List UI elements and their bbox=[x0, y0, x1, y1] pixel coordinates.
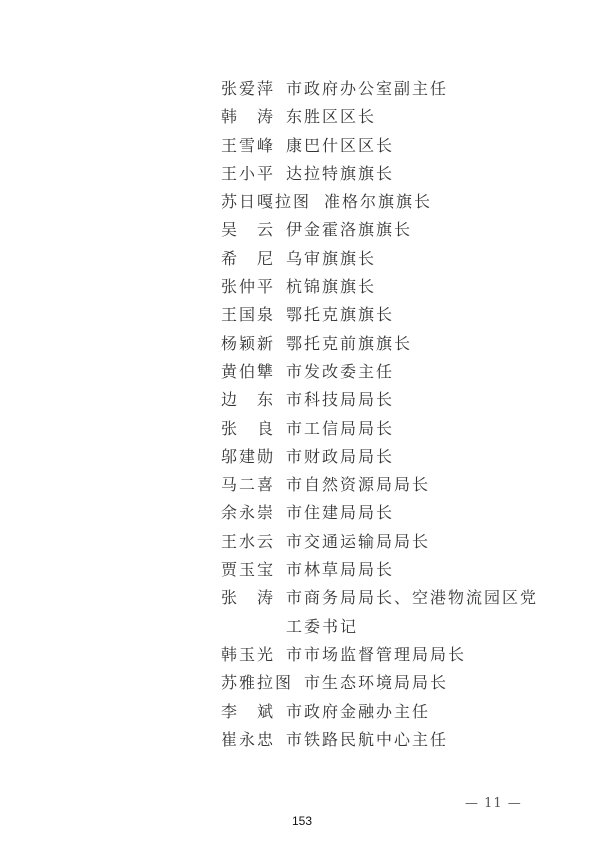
person-name: 王小平 bbox=[221, 163, 275, 185]
person-name: 边 东 bbox=[221, 389, 275, 411]
person-title: 伊金霍洛旗旗长 bbox=[286, 219, 412, 241]
person-title: 鄂托克旗旗长 bbox=[286, 304, 394, 326]
person-name: 苏日嘎拉图 bbox=[221, 191, 311, 213]
person-title-continuation: 工委书记 bbox=[286, 616, 358, 638]
person-name: 李 斌 bbox=[221, 701, 275, 723]
person-name: 杨颖新 bbox=[221, 333, 275, 355]
person-name: 王国泉 bbox=[221, 304, 275, 326]
person-title: 市交通运输局局长 bbox=[286, 531, 430, 553]
person-name: 余永崇 bbox=[221, 502, 275, 524]
person-name: 黄伯犨 bbox=[221, 361, 275, 383]
person-title: 市商务局局长、空港物流园区党 bbox=[286, 587, 538, 609]
person-title: 市市场监督管理局局长 bbox=[286, 644, 466, 666]
person-title: 市住建局局长 bbox=[286, 502, 394, 524]
person-title: 市发改委主任 bbox=[286, 361, 394, 383]
person-title: 市财政局局长 bbox=[286, 446, 394, 468]
person-title: 市政府办公室副主任 bbox=[286, 78, 448, 100]
person-title: 杭锦旗旗长 bbox=[286, 276, 376, 298]
person-title: 市自然资源局局长 bbox=[286, 474, 430, 496]
person-name: 邬建勋 bbox=[221, 446, 275, 468]
person-title: 达拉特旗旗长 bbox=[286, 163, 394, 185]
person-name: 希 尼 bbox=[221, 248, 275, 270]
person-name: 马二喜 bbox=[221, 474, 275, 496]
person-title: 市铁路民航中心主任 bbox=[286, 729, 448, 751]
person-title: 东胜区区长 bbox=[286, 106, 376, 128]
person-title: 市林草局局长 bbox=[286, 559, 394, 581]
person-name: 张爱萍 bbox=[221, 78, 275, 100]
page-mark: — 11 — bbox=[465, 796, 522, 811]
person-title: 乌审旗旗长 bbox=[286, 248, 376, 270]
person-name: 韩 涛 bbox=[221, 106, 275, 128]
person-name: 张 涛 bbox=[221, 587, 275, 609]
person-name: 韩玉光 bbox=[221, 644, 275, 666]
person-name: 苏雅拉图 bbox=[221, 672, 293, 694]
document-page: 张爱萍市政府办公室副主任 韩 涛东胜区区长 王雪峰康巴什区区长 王小平达拉特旗旗… bbox=[0, 0, 600, 848]
person-name: 贾玉宝 bbox=[221, 559, 275, 581]
page-number: 153 bbox=[292, 814, 312, 828]
person-title: 康巴什区区长 bbox=[286, 135, 394, 157]
person-title: 市政府金融办主任 bbox=[286, 701, 430, 723]
person-name: 崔永忠 bbox=[221, 729, 275, 751]
person-name: 吴 云 bbox=[221, 219, 275, 241]
person-name: 张仲平 bbox=[221, 276, 275, 298]
person-title: 市工信局局长 bbox=[286, 418, 394, 440]
person-title: 准格尔旗旗长 bbox=[324, 191, 432, 213]
person-name: 王水云 bbox=[221, 531, 275, 553]
person-name: 王雪峰 bbox=[221, 135, 275, 157]
person-title: 市生态环境局局长 bbox=[304, 672, 448, 694]
person-title: 市科技局局长 bbox=[286, 389, 394, 411]
person-name: 张 良 bbox=[221, 418, 275, 440]
person-title: 鄂托克前旗旗长 bbox=[286, 333, 412, 355]
